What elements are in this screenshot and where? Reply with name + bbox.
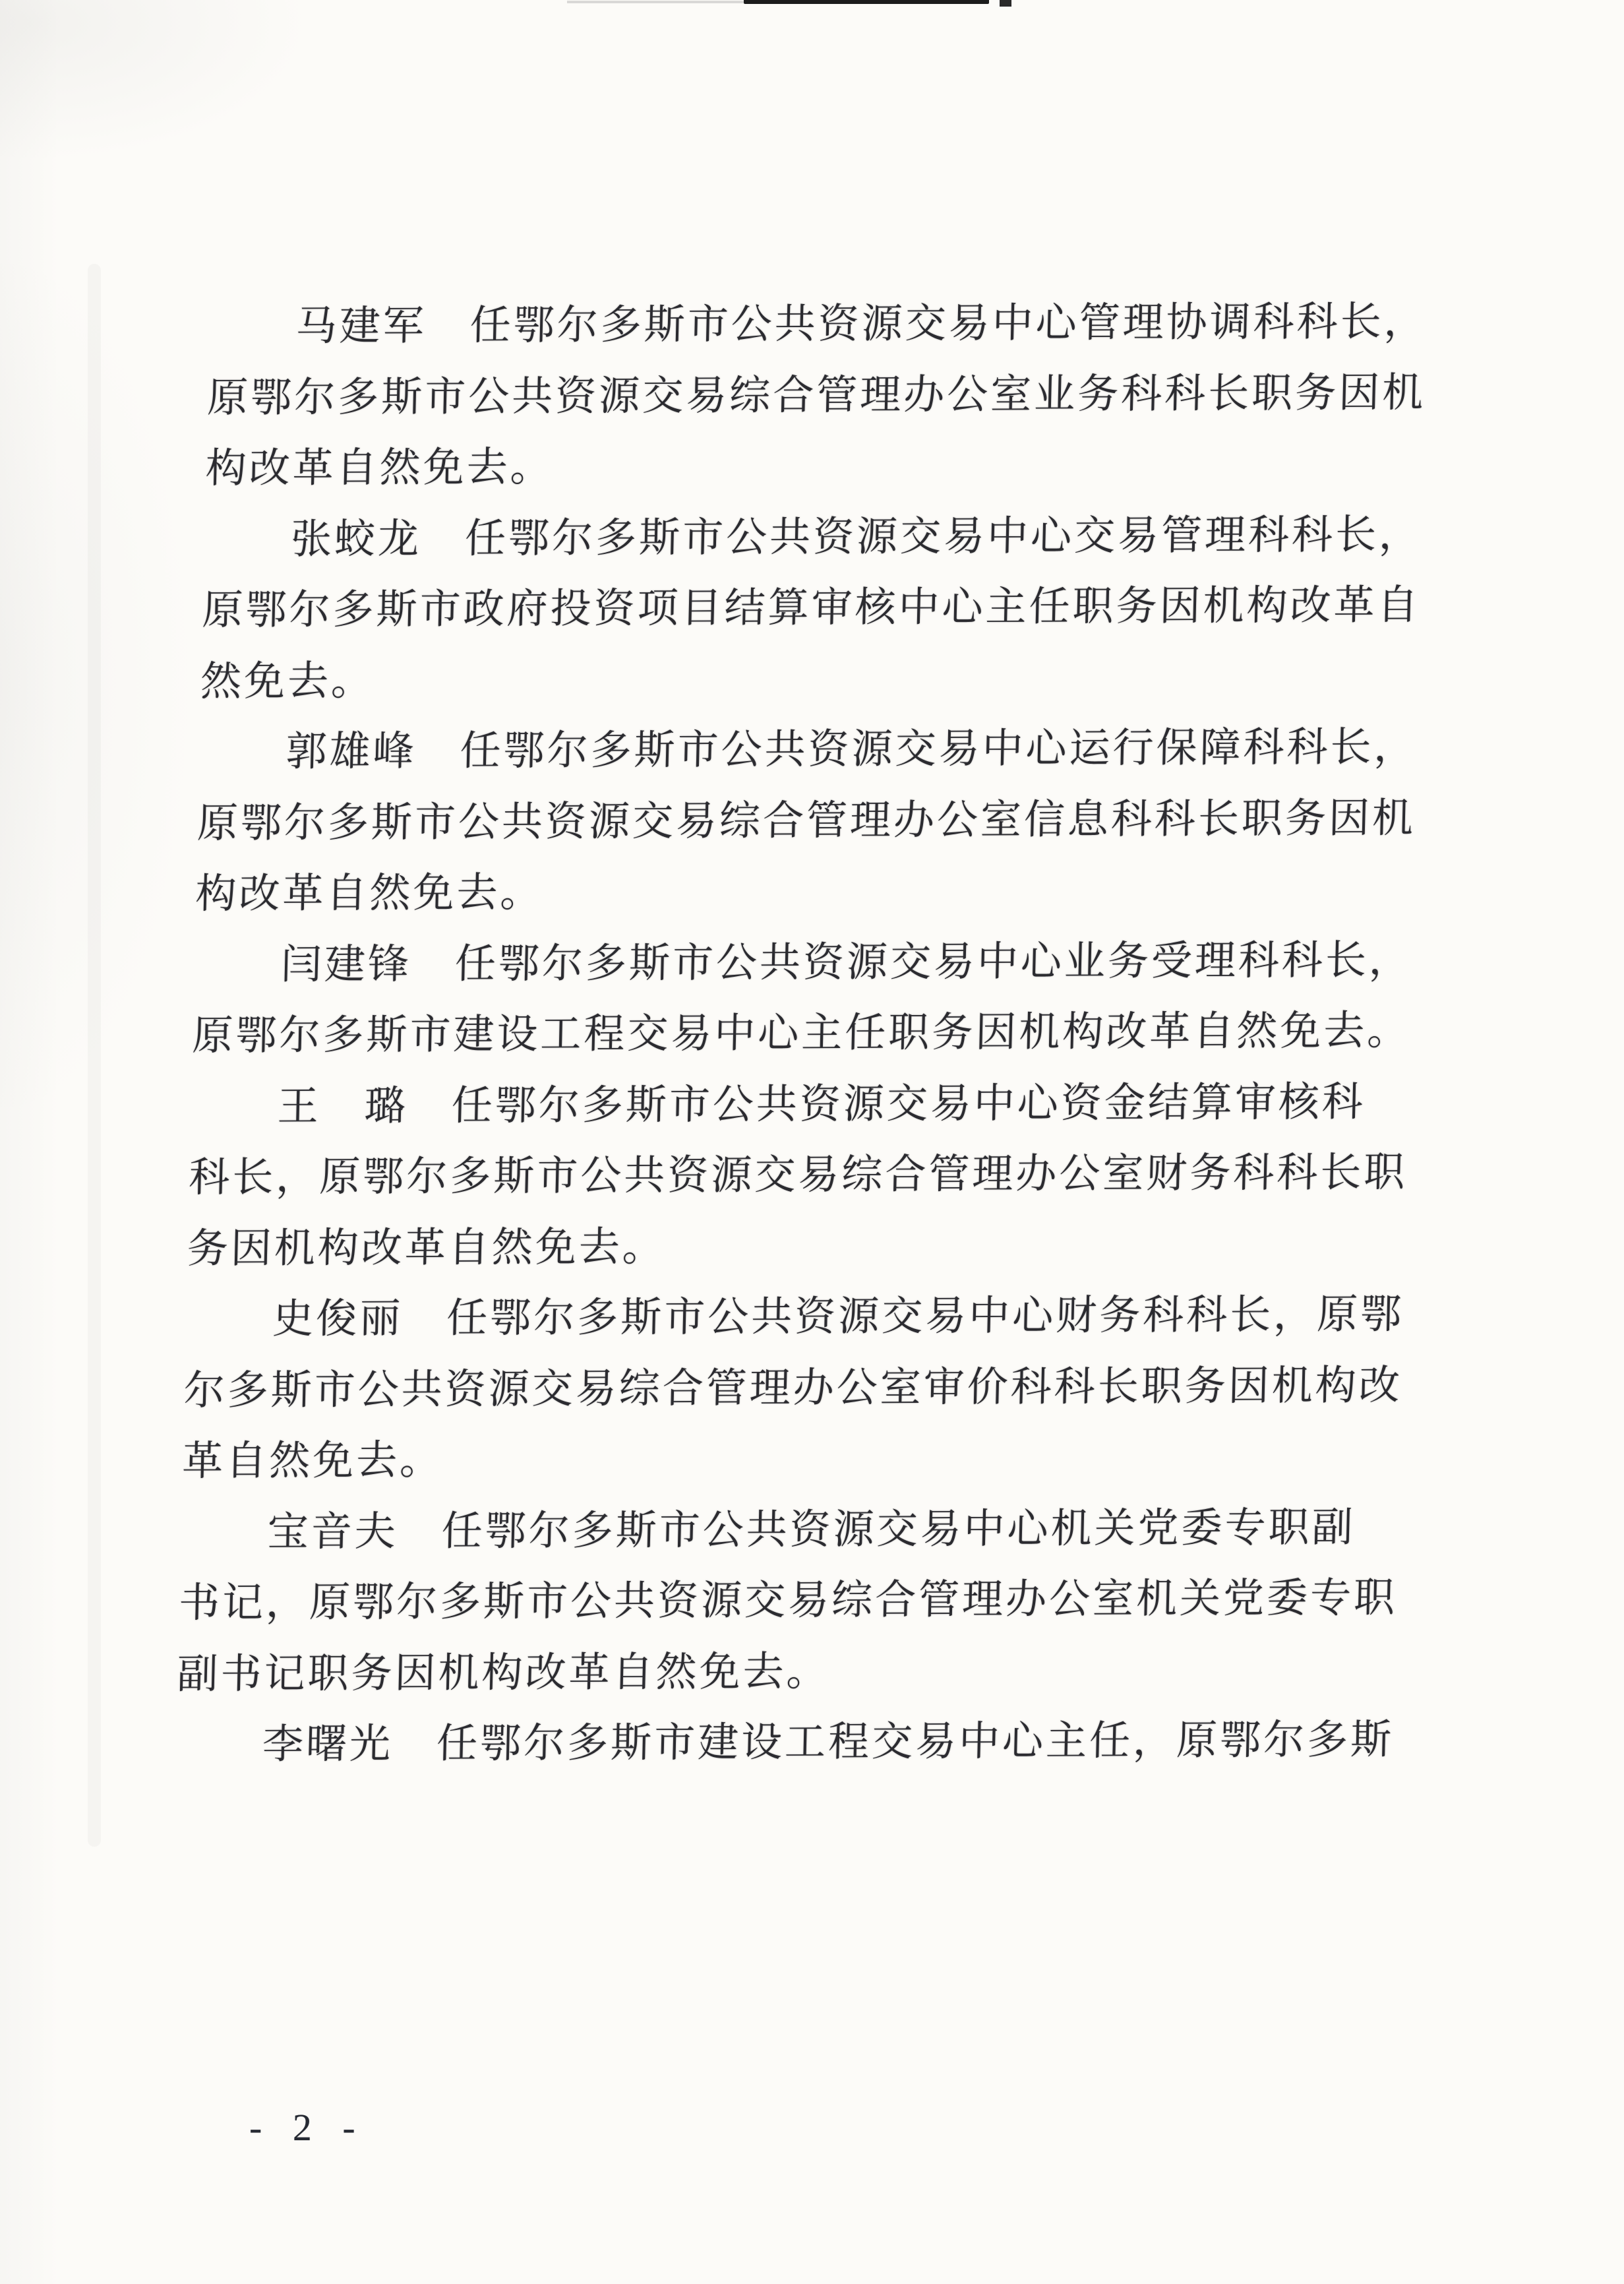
appointment-paragraph: 史俊丽 任鄂尔多斯市公共资源交易中心财务科科长，原鄂 尔多斯市公共资源交易综合管…	[181, 1280, 1420, 1498]
text-line: 构改革自然免去。	[204, 429, 1439, 505]
text-line: 郭雄峰 任鄂尔多斯市公共资源交易中心运行保障科科长，	[198, 712, 1433, 789]
text-line: 书记，原鄂尔多斯市公共资源交易综合管理办公室机关党委专职	[178, 1563, 1413, 1640]
scan-artifact-top-line	[744, 0, 989, 4]
scan-artifact-top-mark	[1000, 0, 1011, 7]
document-body: 马建军 任鄂尔多斯市公共资源交易中心管理协调科科长， 原鄂尔多斯市公共资源交易综…	[175, 287, 1443, 1781]
appointment-paragraph: 宝音夫 任鄂尔多斯市公共资源交易中心机关党委专职副 书记，原鄂尔多斯市公共资源交…	[176, 1493, 1414, 1711]
text-line: 革自然免去。	[181, 1421, 1416, 1498]
text-line: 原鄂尔多斯市公共资源交易综合管理办公室业务科科长职务因机	[206, 357, 1441, 434]
text-line: 尔多斯市公共资源交易综合管理办公室审价科科长职务因机构改	[183, 1351, 1418, 1427]
text-line: 原鄂尔多斯市公共资源交易综合管理办公室信息科科长职务因机	[196, 783, 1431, 859]
appointment-paragraph: 马建军 任鄂尔多斯市公共资源交易中心管理协调科科长， 原鄂尔多斯市公共资源交易综…	[204, 287, 1443, 505]
text-line: 原鄂尔多斯市建设工程交易中心主任职务因机构改革自然免去。	[191, 996, 1426, 1072]
scanned-page: 马建军 任鄂尔多斯市公共资源交易中心管理协调科科长， 原鄂尔多斯市公共资源交易综…	[0, 0, 1624, 2284]
appointment-paragraph: 闫建锋 任鄂尔多斯市公共资源交易中心业务受理科科长， 原鄂尔多斯市建设工程交易中…	[191, 925, 1428, 1072]
page-number: - 2 -	[249, 2105, 361, 2149]
text-line: 宝音夫 任鄂尔多斯市公共资源交易中心机关党委专职副	[179, 1493, 1414, 1569]
text-line: 张蛟龙 任鄂尔多斯市公共资源交易中心交易管理科科长，	[203, 499, 1438, 576]
text-line: 闫建锋 任鄂尔多斯市公共资源交易中心业务受理科科长，	[193, 925, 1428, 1001]
text-line: 务因机构改革自然免去。	[187, 1208, 1422, 1285]
text-line: 原鄂尔多斯市政府投资项目结算审核中心主任职务因机构改革自	[201, 571, 1436, 647]
text-line: 科长，原鄂尔多斯市公共资源交易综合管理办公室财务科科长职	[188, 1138, 1423, 1214]
text-line: 马建军 任鄂尔多斯市公共资源交易中心管理协调科科长，	[208, 287, 1443, 363]
appointment-paragraph: 王 璐 任鄂尔多斯市公共资源交易中心资金结算审核科 科长，原鄂尔多斯市公共资源交…	[187, 1066, 1425, 1285]
text-line: 副书记职务因机构改革自然免去。	[176, 1634, 1411, 1711]
appointment-paragraph: 张蛟龙 任鄂尔多斯市公共资源交易中心交易管理科科长， 原鄂尔多斯市政府投资项目结…	[200, 499, 1438, 718]
text-line: 王 璐 任鄂尔多斯市公共资源交易中心资金结算审核科	[190, 1066, 1425, 1143]
text-line: 史俊丽 任鄂尔多斯市公共资源交易中心财务科科长，原鄂	[185, 1280, 1420, 1356]
text-line: 李曙光 任鄂尔多斯市建设工程交易中心主任，原鄂尔多斯	[175, 1705, 1410, 1781]
scan-artifact-left-band	[88, 264, 101, 1847]
text-line: 然免去。	[200, 641, 1435, 718]
appointment-paragraph: 李曙光 任鄂尔多斯市建设工程交易中心主任，原鄂尔多斯	[175, 1705, 1410, 1781]
scan-artifact-faint-line	[567, 1, 752, 3]
appointment-paragraph: 郭雄峰 任鄂尔多斯市公共资源交易中心运行保障科科长， 原鄂尔多斯市公共资源交易综…	[195, 712, 1433, 931]
text-line: 构改革自然免去。	[195, 854, 1429, 931]
